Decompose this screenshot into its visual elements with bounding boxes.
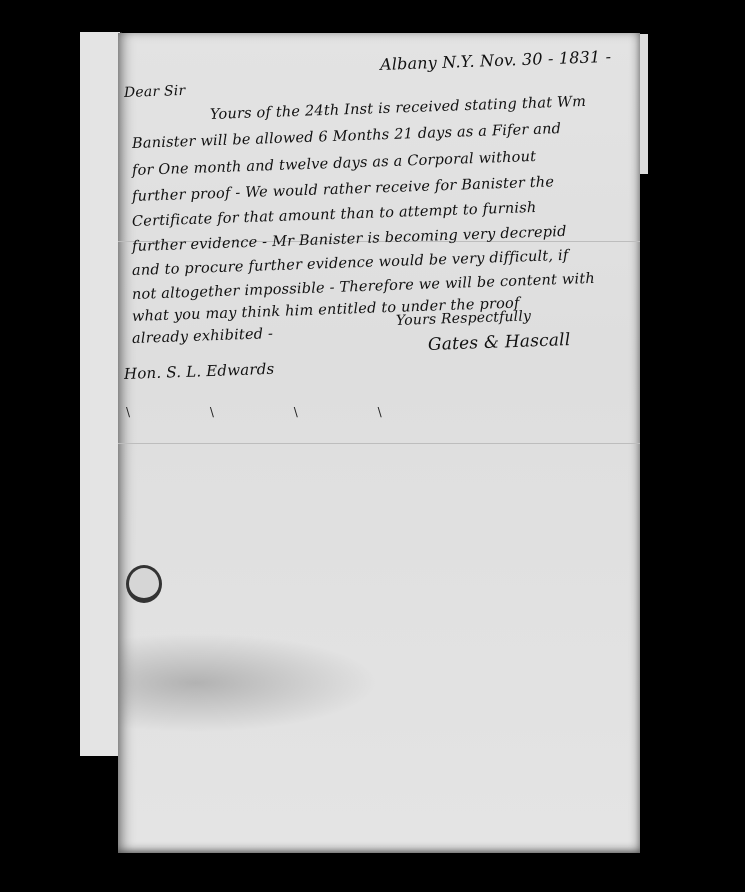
salutation: Dear Sir	[124, 83, 186, 101]
dateline: Albany N.Y. Nov. 30 - 1831 -	[380, 47, 612, 74]
letter-page: Albany N.Y. Nov. 30 - 1831 - Dear Sir Yo…	[118, 33, 640, 853]
stain	[118, 633, 378, 733]
body-line: further proof - We would rather receive …	[132, 174, 555, 205]
body-line: Certificate for that amount than to atte…	[132, 200, 537, 230]
signature: Gates & Hascall	[428, 330, 571, 355]
closing: Yours Respectfully	[396, 308, 532, 329]
body-line: Banister will be allowed 6 Months 21 day…	[132, 121, 562, 152]
backing-sheet-left	[80, 32, 122, 756]
body-line: for One month and twelve days as a Corpo…	[132, 149, 537, 179]
fold-line	[118, 443, 640, 444]
body-line: Yours of the 24th Inst is received stati…	[210, 94, 587, 123]
addressee: Hon. S. L. Edwards	[124, 360, 275, 383]
body-line: already exhibited -	[132, 326, 274, 347]
stray-marks: \ \ \ \	[126, 405, 420, 419]
wax-seal-mark	[126, 565, 162, 603]
scanned-document: Albany N.Y. Nov. 30 - 1831 - Dear Sir Yo…	[0, 0, 745, 892]
